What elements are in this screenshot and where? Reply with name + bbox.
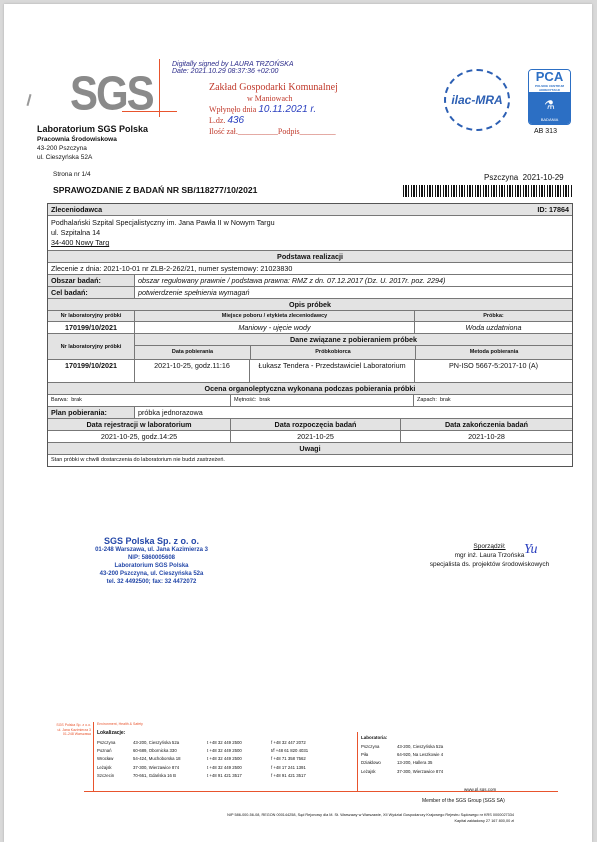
client-id: ID: 17864 bbox=[482, 204, 572, 215]
logo-line-vertical bbox=[159, 59, 160, 117]
client-street: ul. Szpitalna 14 bbox=[51, 228, 569, 238]
stamp-org: Zakład Gospodarki Komunalnej bbox=[209, 82, 338, 93]
stamp-place: w Maniowach bbox=[209, 93, 338, 104]
sampling-date: 2021-10-25, godz.11:16 bbox=[134, 360, 249, 382]
remarks-header: Uwagi bbox=[48, 443, 572, 454]
footer-company: SGS Polska Sp. z o.o. ul. Jana Kazimierz… bbox=[41, 723, 91, 737]
turbidity-value: brak bbox=[259, 397, 270, 403]
sample-lab-no: 170199/10/2021 bbox=[48, 322, 134, 333]
city-date: Pszczyna 2021-10-29 bbox=[484, 173, 564, 182]
goal-label: Cel badań: bbox=[48, 287, 134, 298]
stamp-ldz-value: 436 bbox=[227, 115, 244, 126]
order-info: Zlecenie z dnia: 2021-10-01 nr ZLB-2-262… bbox=[48, 263, 572, 274]
barcode bbox=[403, 185, 572, 197]
footer-rule bbox=[84, 791, 558, 792]
dates-row: 2021-10-25, godz.14:25 2021-10-25 2021-1… bbox=[48, 430, 572, 442]
sample-row: 170199/10/2021 Maniowy - ujęcie wody Wod… bbox=[48, 321, 572, 333]
client-header: Zleceniodawca bbox=[48, 204, 482, 215]
page-number: Strona nr 1/4 bbox=[53, 171, 91, 178]
location-row: Pszczyna43-200, Cieszyńska 52at +48 32 4… bbox=[97, 739, 331, 747]
locations-list: Pszczyna43-200, Cieszyńska 52at +48 32 4… bbox=[97, 739, 331, 780]
digital-signature: Digitally signed by LAURA TRZOŃSKA Date:… bbox=[172, 61, 294, 75]
sgs-logo: SGS bbox=[70, 66, 153, 121]
sampling-header-row: Nr laboratoryjny próbki Dane związane z … bbox=[48, 333, 572, 359]
sampling-lab-no: 170199/10/2021 bbox=[48, 360, 134, 382]
sample-type: Woda uzdatniona bbox=[414, 322, 572, 333]
locations-title: Lokalizacje: bbox=[97, 730, 125, 736]
sampling-method: PN-ISO 5667-5:2017-10 (A) bbox=[414, 360, 572, 382]
signer-block: Sporządził: mgr inż. Laura Trzońska spec… bbox=[402, 542, 577, 569]
start-date: 2021-10-25 bbox=[230, 431, 400, 442]
lab-row: Działdowo13-200, Hallera 35 bbox=[361, 759, 477, 767]
organoleptic-row: Barwa: brak Mętność: brak Zapach: brak bbox=[48, 394, 572, 406]
lab-division: Pracownia Środowiskowa bbox=[37, 136, 148, 143]
location-row: Szczecin70-661, Gdańska 16 Bt +48 91 421… bbox=[97, 772, 331, 780]
stamp-attachments: Ilość zał.__________Podpis_________ bbox=[209, 126, 338, 137]
sampling-header: Dane związane z pobieraniem próbek bbox=[135, 334, 572, 346]
goal-value: potwierdzenie spełnienia wymagań bbox=[134, 287, 572, 298]
footer-division: Environment, Health & Safety bbox=[97, 722, 143, 726]
end-date: 2021-10-28 bbox=[400, 431, 572, 442]
accreditation-number: AB 313 bbox=[534, 128, 557, 135]
samples-header: Opis próbek bbox=[48, 299, 572, 310]
samples-columns: Nr laboratoryjny próbki Miejsce poboru /… bbox=[48, 310, 572, 321]
labs-list: Pszczyna43-200, Cieszyńska 52aPiła64-920… bbox=[361, 743, 477, 776]
lab-row: Piła64-920, Na Leszkowie 4 bbox=[361, 751, 477, 759]
plan-label: Plan pobierania: bbox=[48, 407, 134, 418]
stamp-received: Wpłynęło dnia 10.11.2021 r. bbox=[209, 104, 338, 115]
member-text: Member of the SGS Group (SGS SA) bbox=[422, 798, 505, 804]
lab-row: Leżajsk37-300, Wierzawice 874 bbox=[361, 768, 477, 776]
dates-columns: Data rejestracji w laboratorium Data roz… bbox=[48, 418, 572, 430]
stamp-ldz: L.dz. 436 bbox=[209, 115, 338, 126]
logo-line-horizontal bbox=[122, 111, 177, 112]
handwritten-signature: Yu bbox=[524, 542, 538, 558]
signer-role: specjalista ds. projektów środowiskowych bbox=[402, 560, 577, 569]
footer-divider bbox=[93, 722, 94, 792]
basis-header: Podstawa realizacji bbox=[48, 251, 572, 262]
remarks-text: Stan próbki w chwili dostarczenia do lab… bbox=[48, 455, 572, 466]
client-city: 34-400 Nowy Targ bbox=[51, 238, 569, 248]
lab-postcode: 43-200 Pszczyna bbox=[37, 145, 148, 152]
signer-name: mgr inż. Laura Trzońska bbox=[402, 551, 577, 560]
lab-name: Laboratorium SGS Polska bbox=[37, 124, 148, 134]
received-stamp: Zakład Gospodarki Komunalnej w Maniowach… bbox=[209, 82, 338, 137]
location-row: Wrocław54-424, Muchoborska 18t +48 32 44… bbox=[97, 755, 331, 763]
odor-value: brak bbox=[440, 397, 451, 403]
legal-info: NIP 586-000-56-08, REGON 000144258, Sąd … bbox=[54, 812, 514, 824]
client-header-row: Zleceniodawca ID: 17864 bbox=[48, 204, 572, 215]
report-table: Zleceniodawca ID: 17864 Podhalański Szpi… bbox=[47, 203, 573, 467]
sample-location: Maniowy - ujęcie wody bbox=[134, 322, 414, 333]
lab-address: Laboratorium SGS Polska Pracownia Środow… bbox=[37, 124, 148, 161]
location-row: Poznań60-689, Obornicka 330t +48 32 449 … bbox=[97, 747, 331, 755]
pca-logo: PCAPOLSKIE CENTRUM AKREDYTACJI ⚗BADANIA bbox=[528, 69, 571, 125]
report-page: SGS Laboratorium SGS Polska Pracownia Śr… bbox=[4, 4, 592, 842]
location-row: Leżajsk37-300, Wierzawice 874t +48 32 44… bbox=[97, 764, 331, 772]
sampler: Łukasz Tendera - Przedstawiciel Laborato… bbox=[249, 360, 414, 382]
ilac-mra-logo: ilac-MRA bbox=[444, 69, 510, 131]
sampling-row: 170199/10/2021 2021-10-25, godz.11:16 Łu… bbox=[48, 359, 572, 382]
report-title: SPRAWOZDANIE Z BADAŃ NR SB/118277/10/202… bbox=[53, 185, 257, 195]
area-value: obszar regulowany prawnie / podstawa pra… bbox=[134, 275, 572, 286]
company-stamp: SGS Polska Sp. z o. o. 01-248 Warszawa, … bbox=[54, 536, 249, 586]
lab-street: ul. Cieszyńska 52A bbox=[37, 154, 148, 161]
signer-label: Sporządził: bbox=[402, 542, 577, 551]
registration-date: 2021-10-25, godz.14:25 bbox=[48, 431, 230, 442]
plan-value: próbka jednorazowa bbox=[134, 407, 572, 418]
client-address-row: Podhalański Szpital Specjalistyczny im. … bbox=[48, 215, 572, 250]
labs-title: Laboratoria: bbox=[361, 735, 387, 740]
stamp-received-value: 10.11.2021 r. bbox=[258, 104, 316, 115]
organoleptic-header: Ocena organoleptyczna wykonana podczas p… bbox=[48, 383, 572, 394]
color-value: brak bbox=[71, 397, 82, 403]
pen-mark bbox=[26, 94, 31, 106]
area-label: Obszar badań: bbox=[48, 275, 134, 286]
lab-row: Pszczyna43-200, Cieszyńska 52a bbox=[361, 743, 477, 751]
client-name: Podhalański Szpital Specjalistyczny im. … bbox=[51, 218, 569, 228]
footer-divider-2 bbox=[357, 732, 358, 792]
